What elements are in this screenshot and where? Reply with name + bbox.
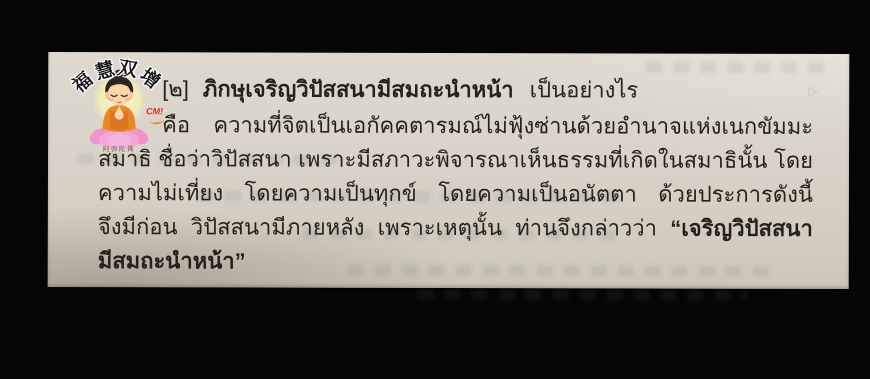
- heading-question-text: เป็นอย่างไร: [530, 77, 639, 102]
- body-line-3: ความไม่เที่ยง โดยความเป็นทุกข์ โดยความเป…: [98, 176, 813, 212]
- section-heading: [๒]ภิกษุเจริญวิปัสสนามีสมถะนำหน้าเป็นอย่…: [162, 72, 813, 108]
- body-line-4-regular: จึงมีก่อน วิปัสสนามีภายหลัง เพราะเหตุนั้…: [98, 214, 657, 240]
- body-line-4: จึงมีก่อน วิปัสสนามีภายหลัง เพราะเหตุนั้…: [98, 210, 813, 246]
- show-through-smudge: [646, 62, 826, 73]
- body-line-4-quoted-bold: “เจริญวิปัสสนา: [670, 216, 813, 241]
- heading-bold-text: ภิกษุเจริญวิปัสสนามีสมถะนำหน้า: [203, 76, 514, 102]
- body-line-1: คือ ความที่จิตเป็นเอกัคคตารมณ์ไม่ฟุ้งซ่า…: [162, 108, 813, 144]
- section-number: [๒]: [162, 76, 189, 101]
- book-page-photo: 福 慧 双 增: [48, 52, 850, 289]
- body-line-2: สมาธิ ชื่อว่าวิปัสสนา เพราะมีสภาวะพิจารณ…: [98, 142, 813, 178]
- body-line-5: มีสมถะนำหน้า”: [98, 244, 813, 280]
- red-cmi-label: CM!: [146, 106, 163, 116]
- show-through-smudge: [418, 289, 748, 301]
- buddhist-watermark: 福 慧 双 增: [58, 58, 176, 154]
